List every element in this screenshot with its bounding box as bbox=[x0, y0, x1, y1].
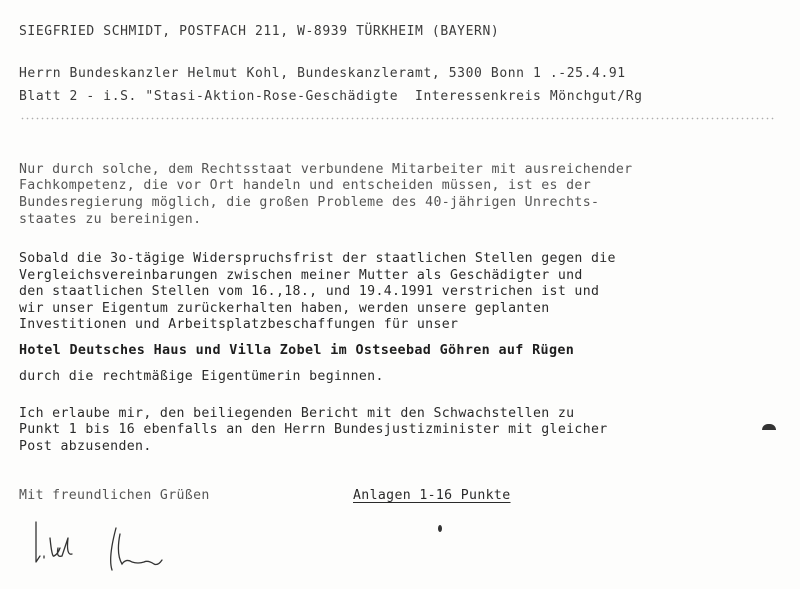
paragraph-line: Nur durch solche, dem Rechtsstaat verbun… bbox=[19, 162, 632, 178]
paragraph-line: Fachkompetenz, die vor Ort handeln und e… bbox=[19, 178, 591, 194]
paragraph-line: Ich erlaube mir, den beiliegenden Berich… bbox=[19, 406, 574, 422]
paragraph-line: Punkt 1 bis 16 ebenfalls an den Herrn Bu… bbox=[19, 422, 608, 438]
hotel-highlight-line: Hotel Deutsches Haus und Villa Zobel im … bbox=[19, 343, 574, 359]
ink-smudge bbox=[762, 424, 776, 430]
sender-line: SIEGFRIED SCHMIDT, POSTFACH 211, W-8939 … bbox=[19, 24, 499, 40]
ink-speck bbox=[438, 525, 442, 532]
attachments-note: Anlagen 1-16 Punkte bbox=[353, 488, 511, 504]
closing-salutation: Mit freundlichen Grüßen bbox=[19, 488, 210, 504]
paragraph-line: den staatlichen Stellen vom 16.,18., und… bbox=[19, 284, 599, 300]
paragraph-line: wir unser Eigentum zurückerhalten haben,… bbox=[19, 301, 550, 317]
signature-icon bbox=[28, 518, 178, 578]
subject-line: Blatt 2 - i.S. "Stasi-Aktion-Rose-Geschä… bbox=[19, 89, 643, 105]
paragraph-3: durch die rechtmäßige Eigentümerin begin… bbox=[19, 369, 384, 385]
paragraph-line: Post abzusenden. bbox=[19, 439, 152, 455]
dotted-rule bbox=[20, 117, 775, 120]
paragraph-line: Bundesregierung möglich, die großen Prob… bbox=[19, 195, 599, 211]
paragraph-line: Sobald die 3o-tägige Widerspruchsfrist d… bbox=[19, 251, 616, 267]
recipient-line: Herrn Bundeskanzler Helmut Kohl, Bundesk… bbox=[19, 66, 626, 82]
paragraph-line: Vergleichsvereinbarungen zwischen meiner… bbox=[19, 268, 583, 284]
paragraph-line: staates zu bereinigen. bbox=[19, 212, 201, 228]
paragraph-line: Investitionen und Arbeitsplatzbeschaffun… bbox=[19, 317, 458, 333]
